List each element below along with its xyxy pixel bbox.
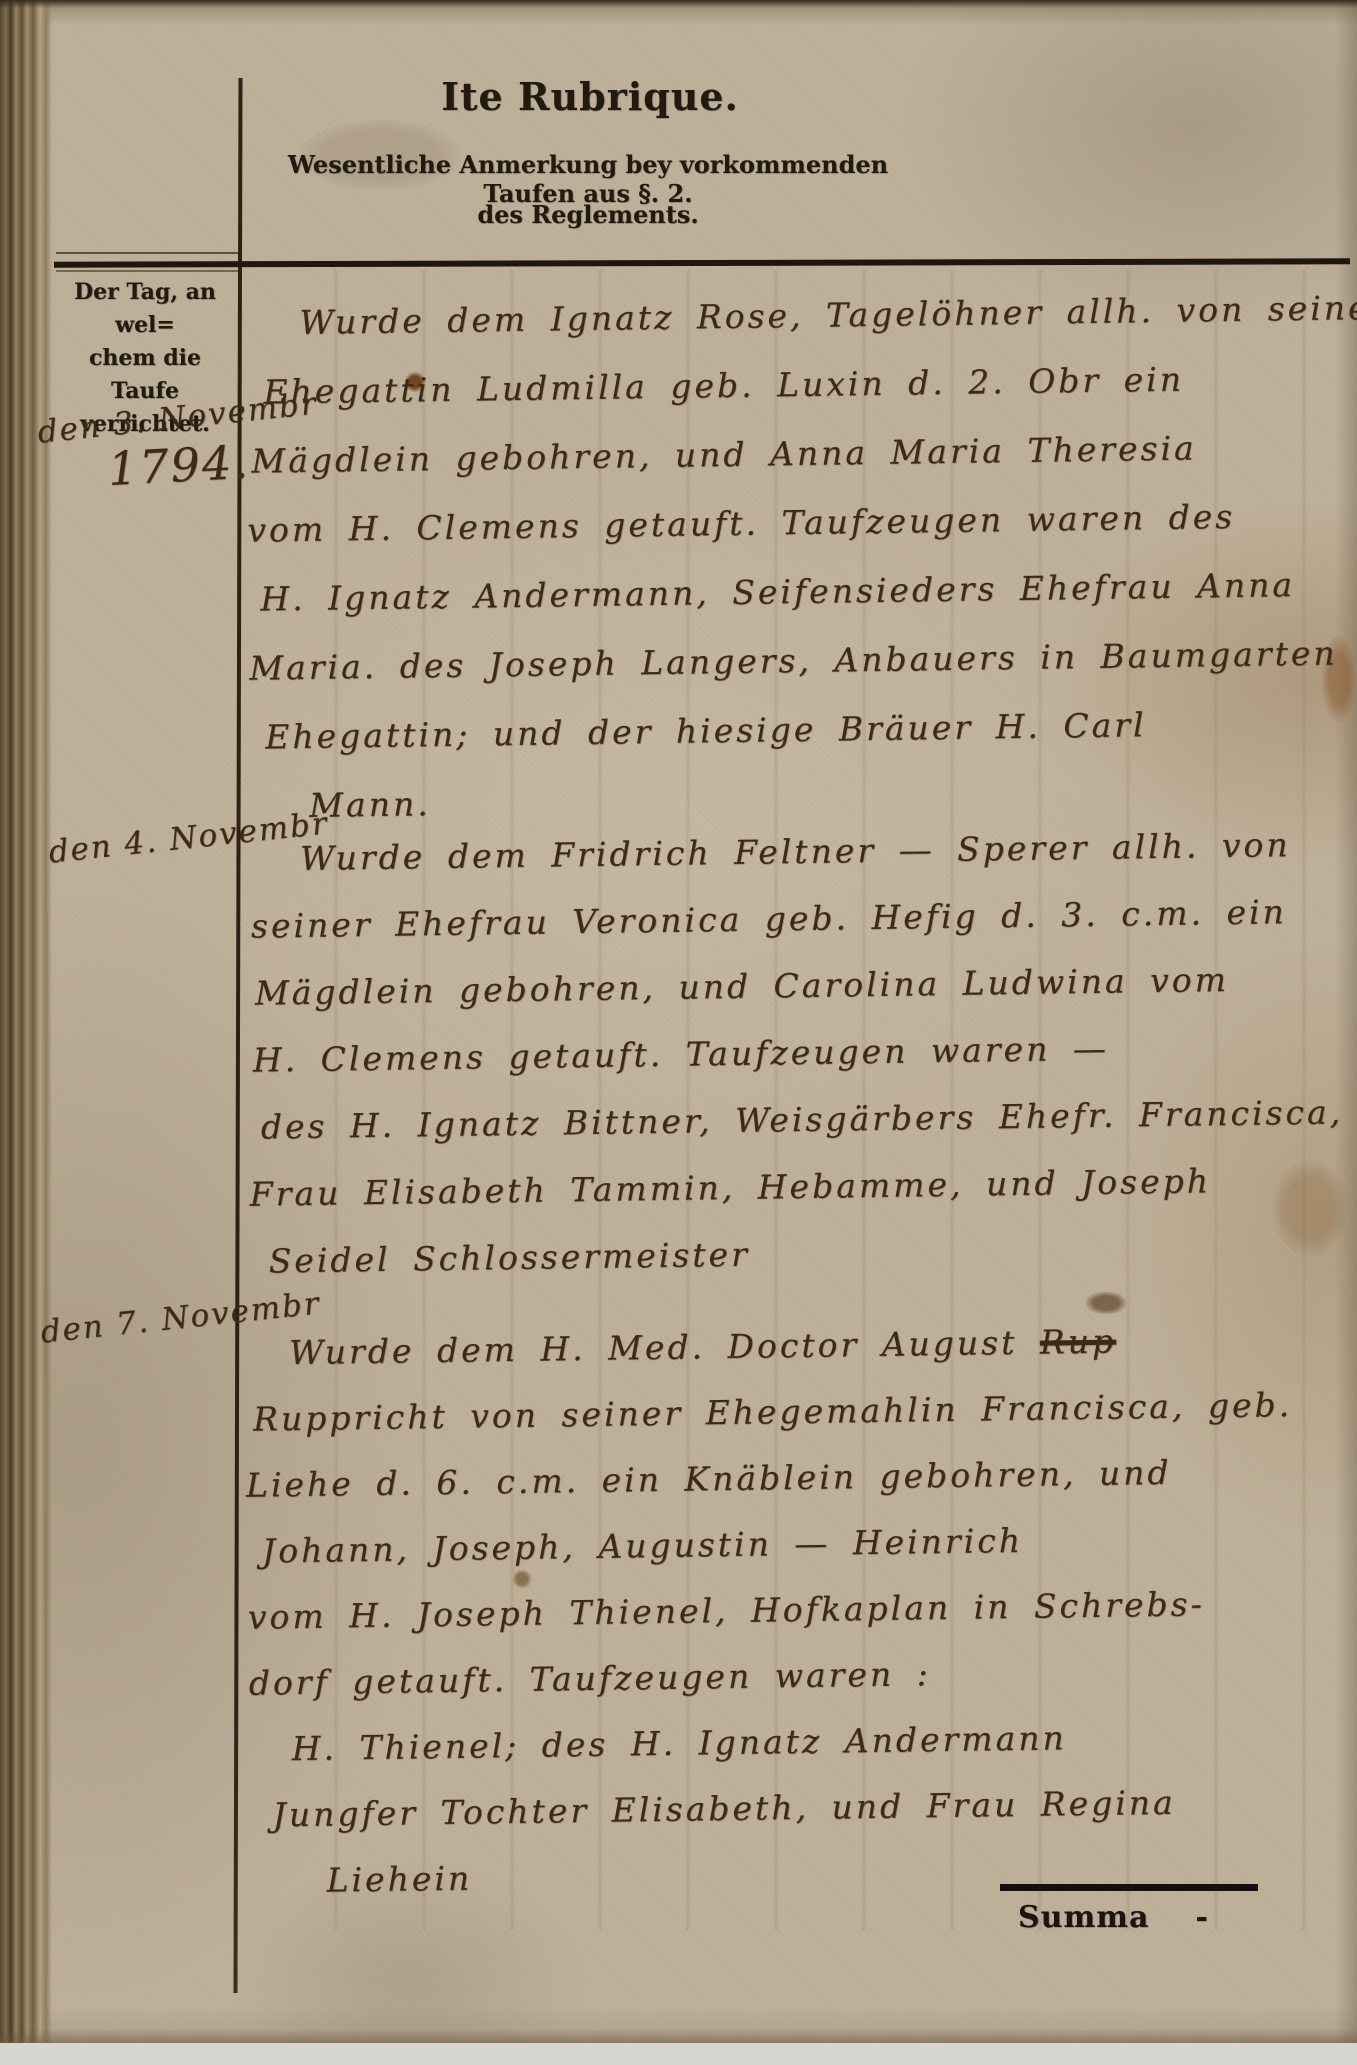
rubric-title: Ite Rubrique. xyxy=(250,74,930,119)
page-bottom-edge xyxy=(0,2029,1357,2043)
page-top-edge xyxy=(0,0,1357,8)
summa-label: Summa xyxy=(1018,1900,1149,1935)
scanner-background-strip xyxy=(0,2043,1357,2065)
entry-2-text: Wurde dem Fridrich Feltner — Sperer allh… xyxy=(245,824,1357,1308)
summa-value: - xyxy=(1195,1900,1208,1935)
entry-1-text: Wurde dem Ignatz Rose, Tagelöhner allh. … xyxy=(244,288,1357,855)
rubric-subtitle-line2: des Reglements. xyxy=(238,200,938,229)
summa-rule xyxy=(1000,1884,1258,1891)
struck-out-word: Rup xyxy=(1040,1322,1117,1362)
left-column-rule-top xyxy=(56,252,240,254)
book-binding-edge xyxy=(0,0,52,2065)
left-column-rule-bottom xyxy=(56,270,240,272)
entry-3-text: Wurde dem H. Med. Doctor August Rup Rupp… xyxy=(244,1318,1357,1927)
summa-label-row: Summa- xyxy=(1018,1900,1209,1935)
scanned-register-page: Ite Rubrique. Wesentliche Anmerkung bey … xyxy=(0,0,1357,2065)
date-column-header-line: Der Tag, an wel= xyxy=(52,276,238,342)
